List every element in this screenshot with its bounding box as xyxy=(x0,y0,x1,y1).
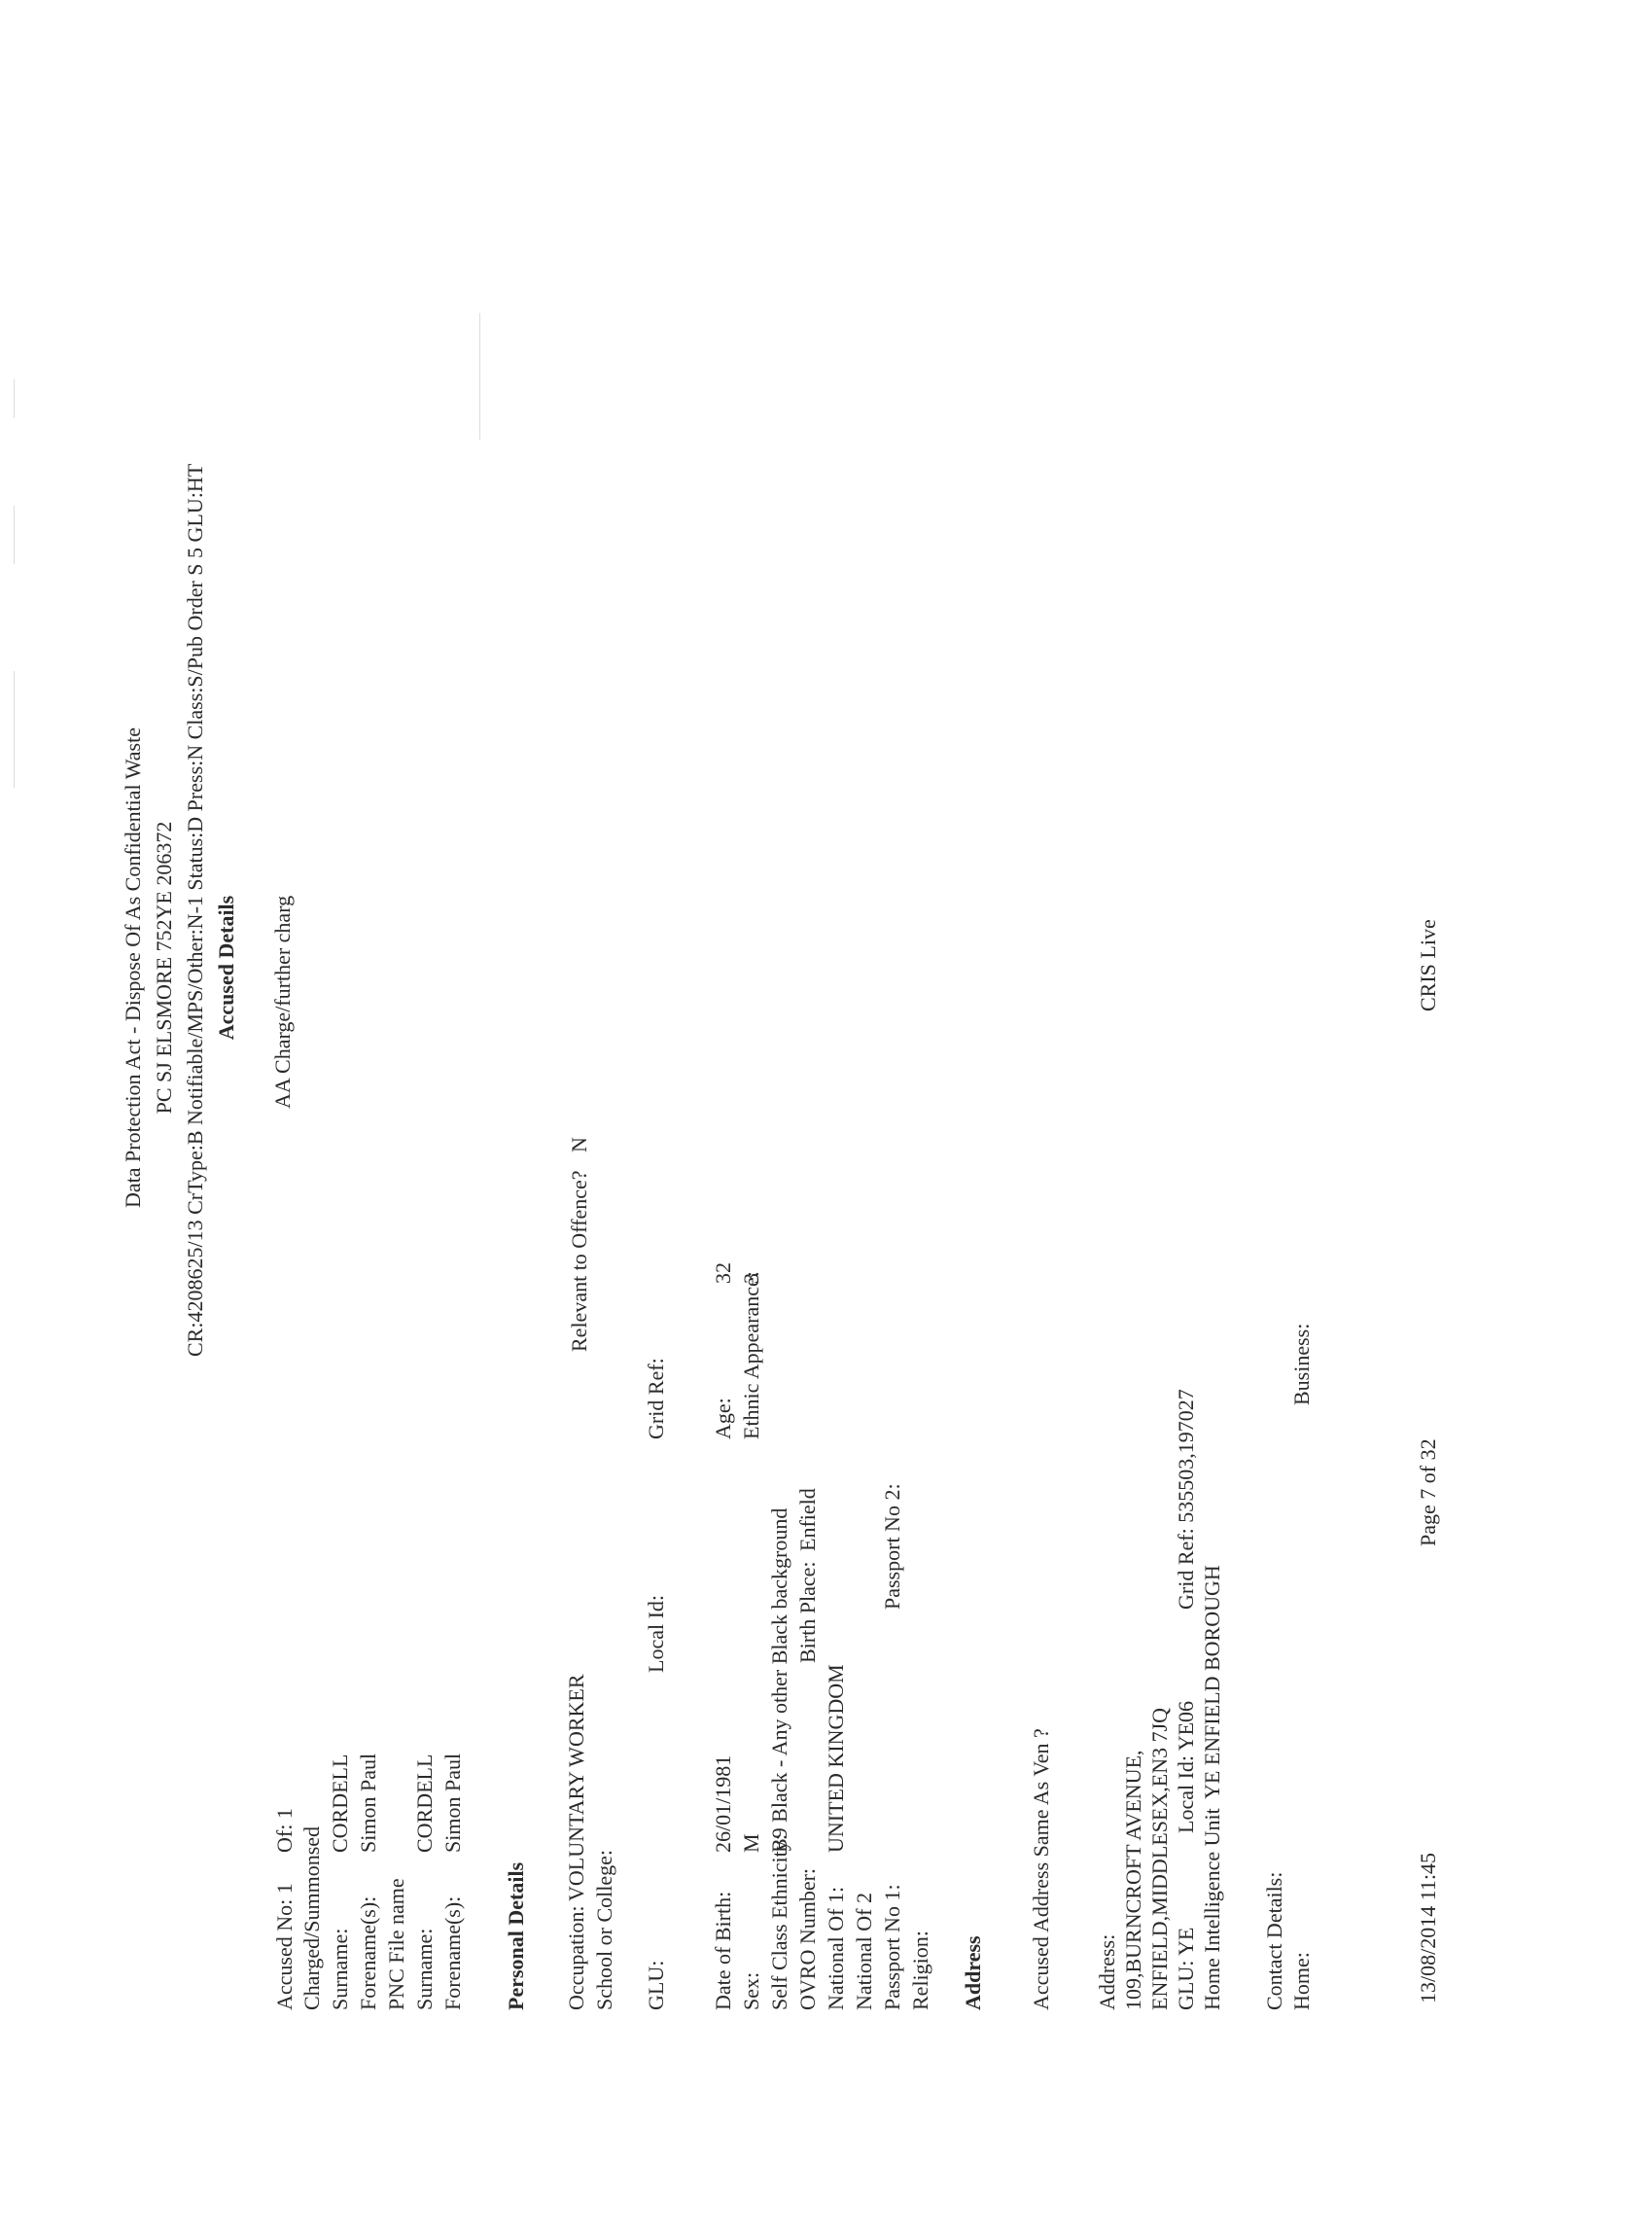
pnc-forename-label: Forename(s): xyxy=(442,1896,464,2010)
scan-mark xyxy=(14,506,15,564)
address-local-id: Local Id: YE06 xyxy=(1176,1701,1197,1833)
footer-page-number: Page 7 of 32 xyxy=(1418,1438,1439,1546)
footer-printed-date: 13/08/2014 11:45 xyxy=(1418,1853,1439,2003)
pnc-forename-value: Simon Paul xyxy=(442,1754,464,1853)
ethnic-appearance-label: Ethnic Appearance: xyxy=(741,1271,762,1439)
charged-status: Charged/Summonsed xyxy=(301,1826,323,2010)
pnc-surname-label: Surname: xyxy=(414,1929,436,2010)
ethnic-appearance-value: 3 xyxy=(741,1273,762,1284)
age-value: 32 xyxy=(713,1262,734,1284)
age-label: Age: xyxy=(713,1398,734,1439)
birth-place-label: Birth Place: xyxy=(797,1562,819,1663)
school-label: School or College: xyxy=(594,1850,615,2010)
accused-of: Of: 1 xyxy=(274,1808,296,1853)
address-label: Address: xyxy=(1097,1934,1118,2010)
relevant-value: N xyxy=(569,1137,590,1152)
national1-label: National Of 1: xyxy=(826,1887,847,2010)
header-title: Data Protection Act - Dispose Of As Conf… xyxy=(123,715,144,1221)
local-id-label: Local Id: xyxy=(646,1595,667,1673)
pnc-label: PNC File name xyxy=(386,1878,407,2010)
business-label: Business: xyxy=(1291,1324,1313,1405)
sex-value: M xyxy=(741,1833,762,1853)
surname-label: Surname: xyxy=(330,1929,351,2010)
section-title: Accused Details xyxy=(216,715,237,1221)
header-officer: PC SJ ELSMORE 752YE 206372 xyxy=(154,715,175,1221)
passport1-label: Passport No 1: xyxy=(882,1884,903,2010)
grid-ref-label: Grid Ref: xyxy=(646,1358,667,1439)
contact-heading: Contact Details: xyxy=(1264,1872,1285,2010)
national1-value: UNITED KINGDOM xyxy=(826,1664,847,1853)
passport2-label: Passport No 2: xyxy=(882,1483,903,1610)
birth-place-value: Enfield xyxy=(797,1488,819,1551)
footer-system: CRIS Live xyxy=(1418,919,1439,1011)
address-grid-ref: Grid Ref: 535503,197027 xyxy=(1176,1389,1197,1610)
self-class-label: Self Class Ethnicity: xyxy=(769,1834,791,2010)
address-line2: ENFIELD,MIDDLESEX,EN3 7JQ xyxy=(1149,1708,1171,2010)
accused-no: Accused No: 1 xyxy=(274,1883,296,2010)
forename-value: Simon Paul xyxy=(358,1754,379,1853)
relevant-label: Relevant to Offence? xyxy=(569,1170,590,1352)
scan-mark xyxy=(14,379,15,418)
glu-label: GLU: xyxy=(646,1961,667,2010)
occupation-label: Occupation: xyxy=(566,1905,587,2010)
religion-label: Religion: xyxy=(910,1931,931,2010)
dob-value: 26/01/1981 xyxy=(713,1755,734,1853)
scan-mark xyxy=(14,671,15,788)
header-crime-ref: CR:4208625/13 CrType:B Notifiable/MPS/Ot… xyxy=(185,464,206,1357)
same-as-ven: Accused Address Same As Ven ? xyxy=(1031,1728,1052,2010)
document-page: Data Protection Act - Dispose Of As Conf… xyxy=(0,0,1652,2232)
home-unit-value: YE ENFIELD BOROUGH xyxy=(1202,1565,1223,1799)
home-label: Home: xyxy=(1291,1952,1313,2010)
forename-label: Forename(s): xyxy=(358,1896,379,2010)
address-glu: GLU: YE xyxy=(1176,1928,1197,2010)
national2-label: National Of 2 xyxy=(854,1893,875,2010)
dob-label: Date of Birth: xyxy=(713,1892,734,2010)
address-line1: 109,BURNCROFT AVENUE, xyxy=(1123,1750,1144,2010)
occupation-value: VOLUNTARY WORKER xyxy=(566,1674,587,1901)
pnc-surname-value: CORDELL xyxy=(414,1754,436,1853)
self-class-value: B9 Black - Any other Black background xyxy=(769,1508,791,1853)
charge-type: AA Charge/further charg xyxy=(272,896,294,1109)
address-heading: Address xyxy=(963,1935,984,2010)
home-unit-label: Home Intelligence Unit xyxy=(1202,1808,1223,2010)
ovro-label: OVRO Number: xyxy=(797,1868,819,2010)
scan-mark xyxy=(479,313,480,440)
sex-label: Sex: xyxy=(741,1972,762,2010)
surname-value: CORDELL xyxy=(330,1754,351,1853)
personal-details-heading: Personal Details xyxy=(506,1862,527,2010)
